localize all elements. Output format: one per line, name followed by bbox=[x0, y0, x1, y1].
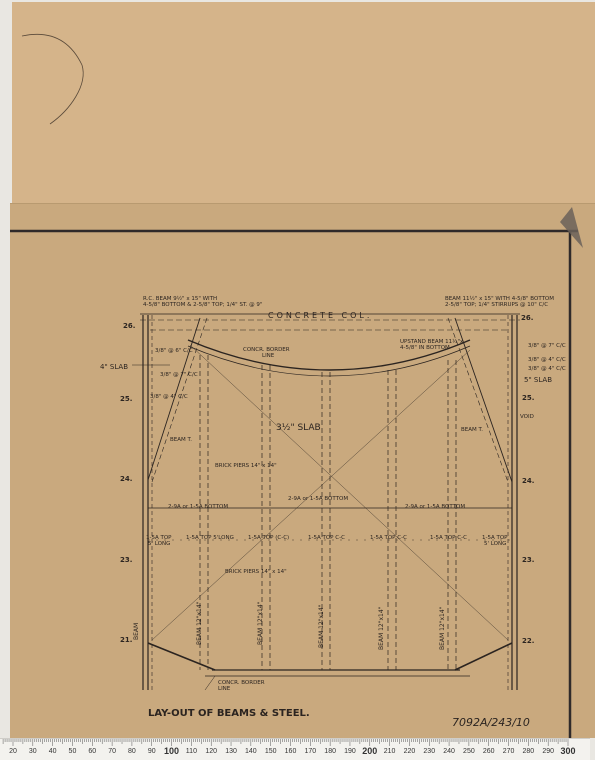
grid-left-26: 26. bbox=[123, 322, 135, 330]
ruler-number: 170 bbox=[304, 748, 316, 755]
beam-t-left: BEAM T. bbox=[170, 437, 192, 443]
steel-row2-5: 1-5A TOP C-C bbox=[430, 535, 467, 541]
right-slab-label: 5" SLAB bbox=[524, 376, 552, 384]
beam-layout-drawing: R.C. BEAM 9½" x 15" WITH 4-5/8" BOTTOM &… bbox=[0, 0, 595, 760]
ruler-number: 290 bbox=[542, 748, 554, 755]
ruler-number: 100 bbox=[164, 746, 179, 756]
steel-row2-3: 1-5A TOP C-C bbox=[308, 535, 345, 541]
steel-row2-right-bottom: 5' LONG bbox=[484, 541, 506, 547]
ruler-number: 200 bbox=[362, 746, 377, 756]
ruler-number: 270 bbox=[503, 748, 515, 755]
ruler-number: 180 bbox=[324, 748, 336, 755]
steel-row1-c: 2-9A or 1-5A BOTTOM bbox=[405, 504, 465, 510]
ruler-number: 160 bbox=[285, 748, 297, 755]
ruler-number: 280 bbox=[523, 748, 535, 755]
measurement-ruler: 2030405060708090100110120130140150160170… bbox=[0, 738, 590, 760]
brick-piers-lower: BRICK PIERS 14" x 14" bbox=[225, 569, 287, 575]
beam-t-right: BEAM T. bbox=[461, 427, 483, 433]
ruler-number: 80 bbox=[128, 748, 136, 755]
left-slab-label: 4" SLAB bbox=[100, 363, 128, 371]
grid-right-26: 26. bbox=[521, 314, 533, 322]
right-rebar-note-3: 3/8" @ 4" C/C bbox=[528, 366, 566, 372]
upstand-beam-label-2: 4-5/8" IN BOTTOM bbox=[400, 345, 450, 351]
ruler-number: 150 bbox=[265, 748, 277, 755]
drawing-title: LAY-OUT OF BEAMS & STEEL. bbox=[148, 708, 310, 719]
ruler-number: 130 bbox=[225, 748, 237, 755]
steel-row2-left-bottom: 5' LONG bbox=[148, 541, 170, 547]
reference-number: 7092A/243/10 bbox=[452, 716, 530, 729]
ruler-number: 120 bbox=[205, 748, 217, 755]
steel-row2-4: 1-5A TOP C-C bbox=[370, 535, 407, 541]
ruler-number: 260 bbox=[483, 748, 495, 755]
left-beam-note-2: 4-5/8" BOTTOM & 2-5/8" TOP; 1/4" ST. @ 9… bbox=[143, 302, 262, 308]
corner-tape bbox=[560, 207, 583, 248]
grid-right-23: 23. bbox=[522, 556, 534, 564]
beam-vertical-4: BEAM 12"x14" bbox=[378, 606, 385, 650]
ruler-ticks bbox=[0, 739, 590, 747]
steel-row1-a: 2-9A or 1-5A BOTTOM bbox=[168, 504, 228, 510]
grid-right-22: 22. bbox=[522, 637, 534, 645]
ruler-number: 230 bbox=[423, 748, 435, 755]
grid-left-21: 21. bbox=[120, 636, 132, 644]
grid-left-23: 23. bbox=[120, 556, 132, 564]
ruler-number: 190 bbox=[344, 748, 356, 755]
left-rebar-note-1: 3/8" @ 6" C/C bbox=[155, 348, 193, 354]
ruler-number: 250 bbox=[463, 748, 475, 755]
ruler-number: 220 bbox=[404, 748, 416, 755]
ruler-number: 110 bbox=[186, 748, 197, 755]
ruler-number: 70 bbox=[108, 748, 116, 755]
concr-border-bottom-line: LINE bbox=[218, 686, 231, 692]
center-slab-label: 3½" SLAB bbox=[276, 423, 321, 433]
ruler-number: 30 bbox=[29, 748, 37, 755]
beam-vertical-3: BEAM 12"x14" bbox=[318, 604, 325, 648]
left-rebar-note-2: 3/8" @ 7" C/C bbox=[160, 372, 198, 378]
grid-left-25: 25. bbox=[120, 395, 132, 403]
beam-vertical-1: BEAM 12"x14" bbox=[196, 601, 203, 645]
ruler-number: 40 bbox=[49, 748, 57, 755]
grid-left-24: 24. bbox=[120, 475, 132, 483]
void-label: VOID bbox=[520, 414, 534, 420]
concrete-col-label: CONCRETE COL. bbox=[268, 311, 372, 320]
upstand-beam-label: UPSTAND BEAM 11½"x bbox=[400, 338, 464, 345]
beam-vertical-2: BEAM 12"x14" bbox=[257, 601, 264, 645]
right-rebar-note-1: 3/8" @ 7" C/C bbox=[528, 343, 566, 349]
ruler-number: 210 bbox=[384, 748, 396, 755]
pencil-scribble bbox=[22, 34, 83, 124]
steel-row2-1: 1-5A TOP 5'LONG bbox=[186, 535, 234, 541]
ruler-number: 300 bbox=[560, 746, 575, 756]
concr-border-top-line: LINE bbox=[262, 353, 275, 359]
beam-vertical-5: BEAM 12"x14" bbox=[439, 606, 446, 650]
steel-row1-b: 2-9A or 1-5A BOTTOM bbox=[288, 496, 348, 502]
grid-right-24: 24. bbox=[522, 477, 534, 485]
ruler-number: 240 bbox=[443, 748, 455, 755]
ruler-number: 50 bbox=[69, 748, 77, 755]
left-beam-note-1: R.C. BEAM 9½" x 15" WITH bbox=[143, 295, 217, 302]
beam-left-edge: BEAM bbox=[133, 623, 140, 640]
ruler-number: 60 bbox=[88, 748, 96, 755]
ruler-number: 140 bbox=[245, 748, 257, 755]
ruler-number: 90 bbox=[148, 748, 156, 755]
ruler-number: 20 bbox=[9, 748, 17, 755]
right-beam-note-1: BEAM 11½" x 15" WITH 4-5/8" BOTTOM bbox=[445, 295, 554, 302]
steel-row2-2: 1-5A TOP (C-C) bbox=[248, 535, 289, 541]
grid-right-25: 25. bbox=[522, 394, 534, 402]
left-rebar-note-3: 3/8" @ 4" C/C bbox=[150, 394, 188, 400]
right-rebar-note-2: 3/8" @ 4" C/C bbox=[528, 357, 566, 363]
brick-piers-upper: BRICK PIERS 14" x 14" bbox=[215, 463, 277, 469]
right-beam-note-2: 2-5/8" TOP; 1/4" STIRRUPS @ 10" C/C bbox=[445, 302, 548, 308]
